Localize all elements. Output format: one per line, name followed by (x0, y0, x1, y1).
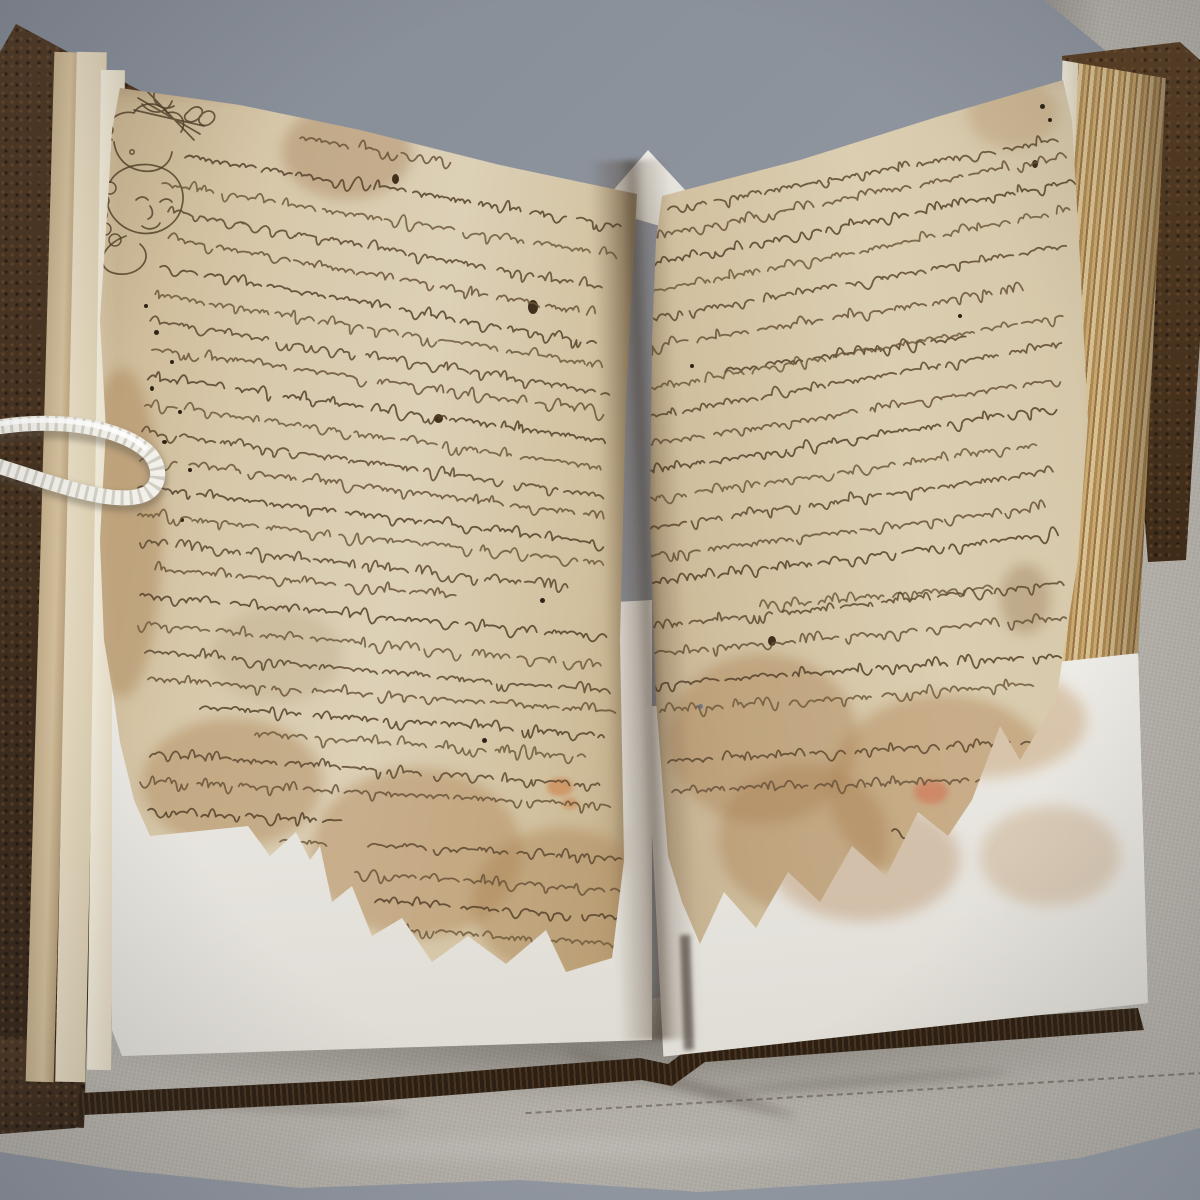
manuscript-photo (0, 0, 1200, 1200)
cushion-highlight (300, 1140, 820, 1158)
tissue-stain (979, 804, 1122, 908)
tie-cord (0, 398, 220, 548)
